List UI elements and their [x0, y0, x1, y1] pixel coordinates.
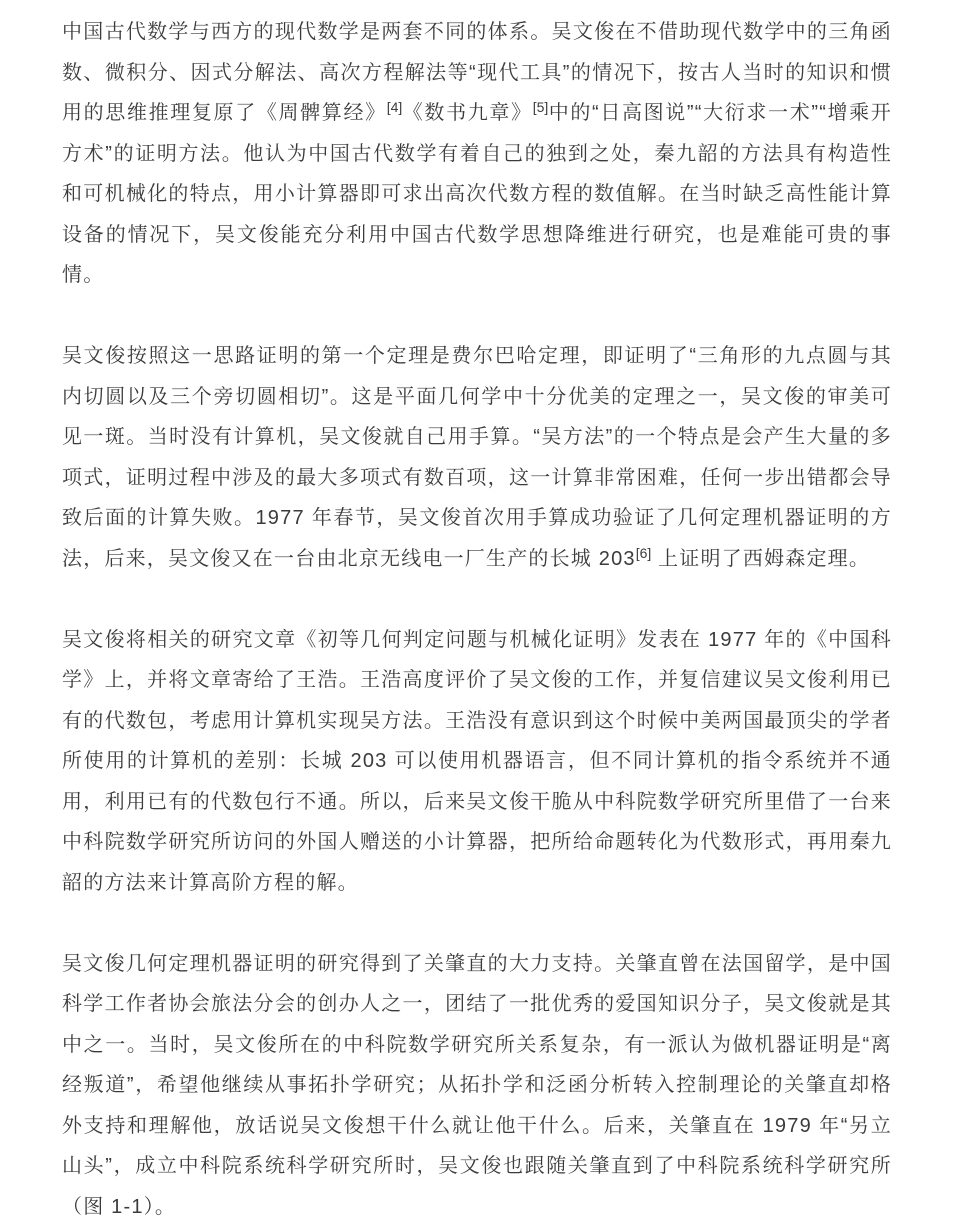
footnote-ref-4: [4] [387, 99, 403, 115]
article-content: 中国古代数学与西方的现代数学是两套不同的体系。吴文俊在不借助现代数学中的三角函数… [0, 0, 954, 1222]
text-run: 吴文俊几何定理机器证明的研究得到了关肇直的大力支持。关肇直曾在法国留学，是中国科… [62, 953, 892, 1218]
paragraph: 吴文俊将相关的研究文章《初等几何判定问题与机械化证明》发表在 1977 年的《中… [62, 620, 892, 904]
paragraph: 吴文俊几何定理机器证明的研究得到了关肇直的大力支持。关肇直曾在法国留学，是中国科… [62, 944, 892, 1222]
text-run: 吴文俊按照这一思路证明的第一个定理是费尔巴哈定理，即证明了“三角形的九点圆与其内… [62, 345, 892, 570]
text-run: 《数书九章》 [402, 102, 532, 124]
text-run: 上证明了西姆森定理。 [651, 548, 870, 570]
footnote-ref-5: [5] [533, 99, 549, 115]
footnote-ref-6: [6] [636, 545, 652, 561]
text-run: 吴文俊将相关的研究文章《初等几何判定问题与机械化证明》发表在 1977 年的《中… [62, 629, 892, 894]
paragraph: 吴文俊按照这一思路证明的第一个定理是费尔巴哈定理，即证明了“三角形的九点圆与其内… [62, 336, 892, 579]
text-run: 中的“日高图说”“大衍求一术”“增乘开方术”的证明方法。他认为中国古代数学有着自… [62, 102, 892, 286]
paragraph: 中国古代数学与西方的现代数学是两套不同的体系。吴文俊在不借助现代数学中的三角函数… [62, 12, 892, 296]
